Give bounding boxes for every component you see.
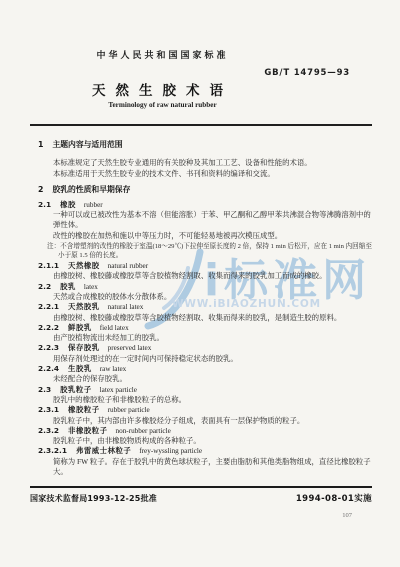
definition-para: 天然或合成橡胶的胶体水分散体系。 [38,292,372,302]
standard-title-en: Terminology of raw natural rubber [30,101,295,109]
standard-org-title: 中华人民共和国国家标准 [30,48,295,61]
term-chinese: 非橡胶粒子 [68,426,107,435]
term-english: natural latex [108,303,144,311]
term-entry: 2.2.3保存胶乳preserved latex [38,343,372,353]
term-english: latex particle [100,386,137,394]
term-entry: 2.3.2.1弗雷威士林粒子frey-wyssling particle [38,446,372,456]
term-number: 2.3 [38,385,51,394]
term-english: field latex [100,324,129,332]
term-entry: 2.1橡胶rubber [38,200,372,210]
definition-para: 胶乳粒子中，由非橡胶物质构成的各种粒子。 [38,436,372,446]
term-number: 2.3.1 [38,405,59,414]
footer-divider [30,486,372,488]
definition-para: 用保存剂处理过的在一定时间内可保持稳定状态的胶乳。 [38,354,372,364]
document-footer: 国家技术监督局1993-12-25批准 1994-08-01实施 [30,486,372,504]
term-entry: 2.2.2鲜胶乳field latex [38,323,372,333]
term-number: 2.3.2 [38,426,59,435]
term-entry: 2.3.2非橡胶粒子non-rubber particle [38,426,372,436]
definition-para: 改性的橡胶在加热和施以中等压力时，不可能轻易地被再次模压成型。 [38,231,372,241]
term-chinese: 胶乳 [60,282,76,291]
document-page: i标准网 WWW.iBIAOZHUN.COM 中华人民共和国国家标准 GB/T … [0,0,400,567]
term-entry: 2.1.1天然橡胶natural rubber [38,261,372,271]
definition-para: 未经配合的保存胶乳。 [38,374,372,384]
definition-para: 由产胶植物流出未经加工的胶乳。 [38,333,372,343]
term-chinese: 生胶乳 [68,364,92,373]
term-english: non-rubber particle [116,427,171,435]
term-english: latex [84,283,98,291]
implementation-text: 1994-08-01实施 [296,492,372,504]
definition-para: 胶乳中的橡胶粒子和非橡胶粒子的总称。 [38,395,372,405]
term-chinese: 鲜胶乳 [68,323,92,332]
definition-para: 胶乳粒子中，其内部由许多橡胶烃分子组成，表面具有一层保护物质的粒子。 [38,416,372,426]
header-divider [30,124,372,126]
term-english: frey-wyssling particle [139,447,202,455]
definition-para: 一种可以或已被改性为基本不溶（但能溶胀）于苯、甲乙酮和乙醇甲苯共沸混合物等沸腾溶… [38,210,372,231]
term-chinese: 胶乳粒子 [60,385,92,394]
term-number: 2.2.4 [38,364,59,373]
section-heading: 2胶乳的性质和早期保存 [38,185,372,195]
term-number: 2.2.2 [38,323,59,332]
term-number: 2.2 [38,282,51,291]
term-chinese: 橡胶 [60,200,76,209]
section-title: 胶乳的性质和早期保存 [52,185,130,194]
definition-para: 本标准规定了天然生胶专业通用的有关胶种及其加工工艺、设备和性能的术语。 [38,158,372,168]
term-number: 2.2.3 [38,343,59,352]
term-chinese: 保存胶乳 [68,343,100,352]
section-title: 主题内容与适用范围 [52,140,122,149]
term-entry: 2.3.1橡胶粒子rubber particle [38,405,372,415]
definition-para: 本标准适用于天然生胶专业的技术文件、书刊和资料的编译和交流。 [38,169,372,179]
term-english: preserved latex [108,344,152,352]
section-number: 2 [38,185,43,194]
term-english: rubber [84,201,103,209]
term-chinese: 弗雷威士林粒子 [76,446,131,455]
term-english: rubber particle [108,406,150,414]
term-number: 2.2.1 [38,302,59,311]
approval-text: 国家技术监督局1993-12-25批准 [30,493,157,504]
note-text: 注：不含增塑剂的改性的橡胶于室温(18～29℃)下拉伸至原长度的 2 倍，保持 … [38,242,372,261]
term-entry: 2.3胶乳粒子latex particle [38,385,372,395]
term-chinese: 天然橡胶 [68,261,100,270]
section-heading: 1主题内容与适用范围 [38,140,372,150]
document-body: 1主题内容与适用范围本标准规定了天然生胶专业通用的有关胶种及其加工工艺、设备和性… [38,136,372,477]
definition-para: 由橡胶树、橡胶藤或橡胶草等含胶植物经割取、收集而得来的胶乳，是制造生胶的原料。 [38,313,372,323]
term-chinese: 橡胶粒子 [68,405,100,414]
term-number: 2.1.1 [38,261,59,270]
term-number: 2.3.2.1 [38,446,67,455]
standard-title-cn: 天然生胶术语 [30,79,295,99]
term-entry: 2.2胶乳latex [38,282,372,292]
term-number: 2.1 [38,200,51,209]
definition-para: 简称为 FW 粒子。存在于胶乳中的黄色球状粒子，主要由脂肪和其他类脂物组成，直径… [38,457,372,478]
section-number: 1 [38,140,43,149]
standard-code: GB/T 14795—93 [264,68,350,78]
term-entry: 2.2.4生胶乳raw latex [38,364,372,374]
term-english: natural rubber [108,262,149,270]
definition-para: 由橡胶树、橡胶藤或橡胶草等含胶植物经割取、收集而得来的胶乳加工而成的橡胶。 [38,271,372,281]
page-number: 107 [342,512,352,519]
term-entry: 2.2.1天然胶乳natural latex [38,302,372,312]
term-english: raw latex [100,365,127,373]
footer-row: 国家技术监督局1993-12-25批准 1994-08-01实施 [30,492,372,504]
term-chinese: 天然胶乳 [68,302,100,311]
